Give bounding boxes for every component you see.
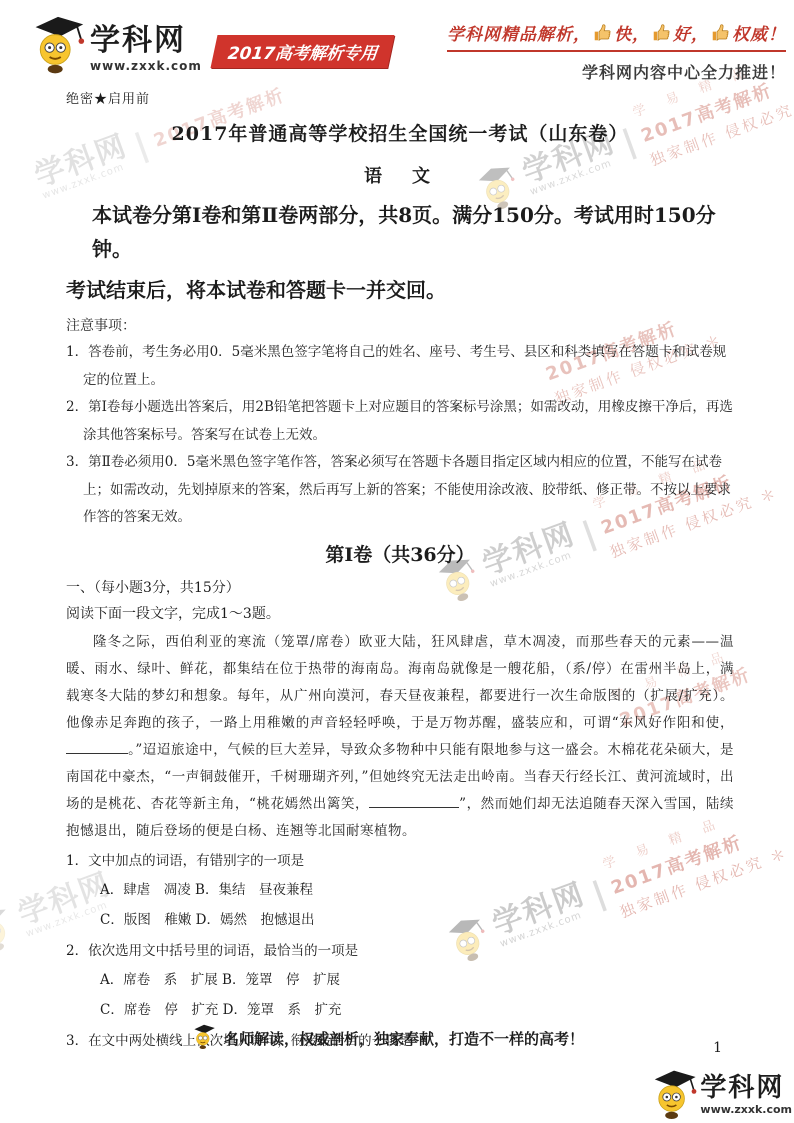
section-heading: 第Ⅰ卷（共36分） — [66, 540, 734, 567]
red-slogan-segment: 学科网精品解析， — [447, 20, 591, 45]
question-stem: 2．依次选用文中括号里的词语，最恰当的一项是 — [66, 937, 734, 965]
sub-slogan: 学科网内容中心全力推进！ — [447, 60, 786, 83]
zxxk-logo: 学科网 www.zxxk.com 2017高考解析专用 — [30, 12, 391, 78]
red-slogan-segment: 好， — [673, 20, 709, 45]
mascot-icon — [650, 1067, 698, 1123]
blank-line — [369, 795, 459, 808]
question-stem: 1．文中加点的词语，有错别字的一项是 — [66, 847, 734, 875]
mascot-icon — [192, 1022, 216, 1054]
brand-name: 学科网 — [700, 1075, 792, 1101]
corner-logo-text: 学科网 www.zxxk.com — [700, 1075, 792, 1115]
question-option-line: A．肆虐 凋凌 B．集结 昼夜兼程 — [66, 875, 734, 905]
reading-passage: 隆冬之际，西伯利亚的寒流（笼罩/席卷）欧亚大陆，狂风肆虐，草木凋凌，而那些春天的… — [66, 629, 734, 845]
mascot-icon — [30, 12, 86, 78]
promo-banner: 2017高考解析专用 — [210, 35, 394, 68]
subject-title: 语 文 — [66, 162, 734, 188]
intro-paragraph: 本试卷分第Ⅰ卷和第Ⅱ卷两部分，共8页。满分150分。考试用时150分 钟。 — [66, 198, 734, 266]
blank-line — [66, 741, 128, 754]
secret-label: 绝密★启用前 — [66, 88, 734, 107]
promo-banner-label: 2017高考解析专用 — [227, 39, 379, 64]
notice-item: 3．第Ⅱ卷必须用0．5毫米黑色签字笔作答，答案必须写在答题卡各题目指定区域内相应… — [66, 449, 734, 532]
notice-item: 1．答卷前，考生务必用0．5毫米黑色签字笔将自己的姓名、座号、考生号、县区和科类… — [66, 339, 734, 394]
footer-slogan-row: 名师解读，权威剖析，独家奉献，打造不一样的高考！ — [192, 1022, 584, 1054]
notice-list: 1．答卷前，考生务必用0．5毫米黑色签字笔将自己的姓名、座号、考生号、县区和科类… — [66, 339, 734, 532]
red-slogan: 学科网精品解析， 快， 好， 权威！ — [447, 20, 786, 52]
red-slogan-segment: 权威！ — [732, 20, 786, 45]
question-2: 2．依次选用文中括号里的词语，最恰当的一项是 A．席卷 系 扩展 B．笼罩 停 … — [66, 937, 734, 1025]
thumbs-up-icon — [652, 23, 671, 42]
part-heading: 一、（每小题3分，共15分） — [66, 577, 734, 597]
header-slogans: 学科网精品解析， 快， 好， 权威！ 学科网内容中心全力推进！ — [447, 20, 786, 83]
return-instruction: 考试结束后，将本试卷和答题卡一并交回。 — [66, 274, 734, 303]
question-option-line: C．席卷 停 扩充 D．笼罩 系 扩充 — [66, 995, 734, 1025]
exam-title: 2017年普通高等学校招生全国统一考试（山东卷） — [66, 119, 734, 146]
brand-url: www.zxxk.com — [90, 60, 202, 72]
intro-line: 钟。 — [66, 232, 734, 266]
exam-paper-page: 学科网 www.zxxk.com | 2017高考解析 学科网 www.zxxk… — [0, 0, 794, 1123]
thumbs-up-icon — [593, 23, 612, 42]
page-number: 1 — [713, 1040, 722, 1056]
intro-line: 本试卷分第Ⅰ卷和第Ⅱ卷两部分，共8页。满分150分。考试用时150分 — [66, 198, 734, 232]
brand-url: www.zxxk.com — [700, 1104, 792, 1115]
question-option-line: A．席卷 系 扩展 B．笼罩 停 扩展 — [66, 965, 734, 995]
red-slogan-segment: 快， — [614, 20, 650, 45]
footer-slogan-text: 名师解读，权威剖析，独家奉献，打造不一样的高考！ — [224, 1028, 584, 1049]
paper-content: 绝密★启用前 2017年普通高等学校招生全国统一考试（山东卷） 语 文 本试卷分… — [0, 0, 794, 1055]
brand-text: 学科网 www.zxxk.com — [90, 26, 202, 72]
notice-item: 2．第Ⅰ卷每小题选出答案后，用2B铅笔把答题卡上对应题目的答案标号涂黑；如需改动… — [66, 394, 734, 449]
thumbs-up-icon — [711, 23, 730, 42]
page-header: 学科网 www.zxxk.com 2017高考解析专用 学科网精品解析， 快， … — [30, 12, 786, 83]
question-1: 1．文中加点的词语，有错别字的一项是 A．肆虐 凋凌 B．集结 昼夜兼程 C．版… — [66, 847, 734, 935]
reading-instruction: 阅读下面一段文字，完成1～3题。 — [66, 603, 734, 623]
brand-name: 学科网 — [90, 26, 202, 56]
corner-logo: 学科网 www.zxxk.com — [650, 1067, 792, 1123]
passage-segment: 隆冬之际，西伯利亚的寒流（笼罩/席卷）欧亚大陆，狂风肆虐，草木凋凌，而那些春天的… — [66, 634, 734, 731]
question-option-line: C．版图 稚嫩 D．嫣然 抱憾退出 — [66, 905, 734, 935]
notice-heading: 注意事项： — [66, 315, 734, 335]
